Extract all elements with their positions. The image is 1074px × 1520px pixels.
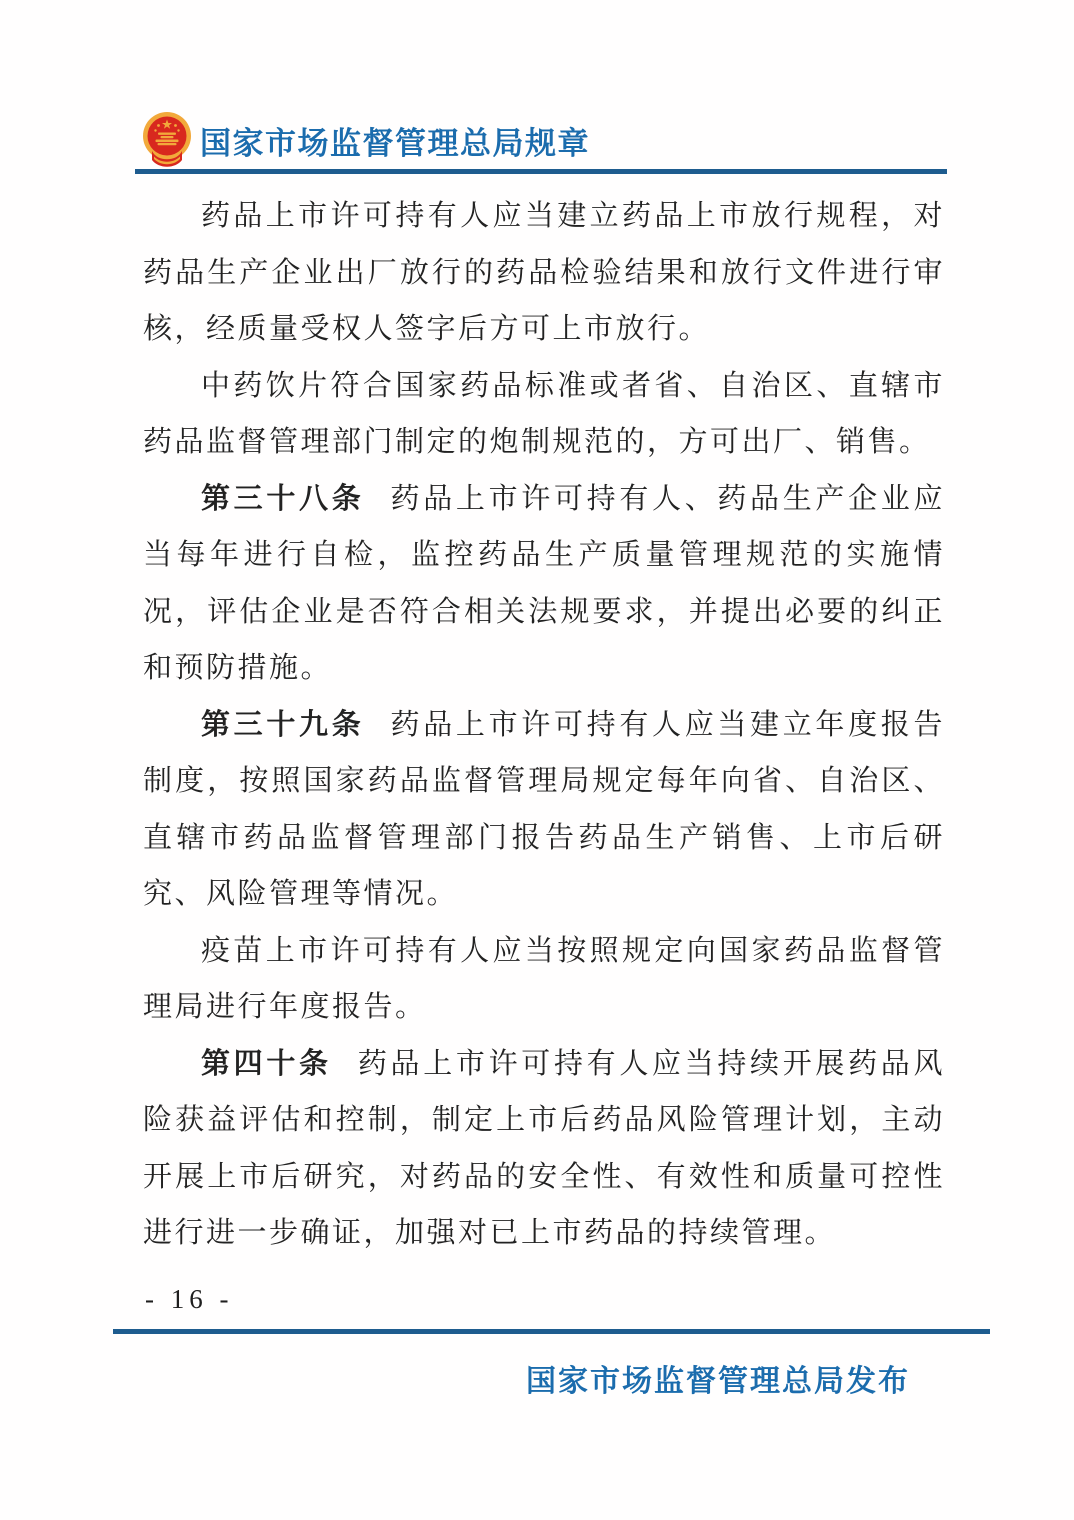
publisher-label: 国家市场监督管理总局发布 bbox=[526, 1356, 910, 1400]
body-paragraph: 疫苗上市许可持有人应当按照规定向国家药品监督管理局进行年度报告。 bbox=[143, 923, 945, 1036]
document-page: 国家市场监督管理总局规章 药品上市许可持有人应当建立药品上市放行规程，对药品生产… bbox=[0, 0, 1074, 1520]
article-number: 第四十条 bbox=[201, 1048, 332, 1080]
body-paragraph: 第三十九条药品上市许可持有人应当建立年度报告制度，按照国家药品监督管理局规定每年… bbox=[143, 697, 945, 923]
header-title: 国家市场监督管理总局规章 bbox=[200, 118, 590, 163]
body-paragraph: 第四十条药品上市许可持有人应当持续开展药品风险获益评估和控制，制定上市后药品风险… bbox=[143, 1036, 945, 1262]
article-number: 第三十八条 bbox=[201, 483, 364, 515]
body-paragraph: 中药饮片符合国家药品标准或者省、自治区、直辖市药品监督管理部门制定的炮制规范的，… bbox=[143, 358, 945, 471]
body-paragraph: 第三十八条药品上市许可持有人、药品生产企业应当每年进行自检，监控药品生产质量管理… bbox=[143, 471, 945, 697]
page-header: 国家市场监督管理总局规章 bbox=[141, 110, 590, 170]
national-emblem-icon bbox=[141, 110, 193, 170]
article-number: 第三十九条 bbox=[201, 709, 364, 741]
document-body: 药品上市许可持有人应当建立药品上市放行规程，对药品生产企业出厂放行的药品检验结果… bbox=[143, 188, 945, 1262]
body-paragraph: 药品上市许可持有人应当建立药品上市放行规程，对药品生产企业出厂放行的药品检验结果… bbox=[143, 188, 945, 358]
paragraph-text: 药品上市许可持有人应当建立药品上市放行规程，对药品生产企业出厂放行的药品检验结果… bbox=[143, 200, 945, 345]
page-number: - 16 - bbox=[145, 1284, 233, 1315]
footer-divider bbox=[113, 1329, 990, 1334]
paragraph-text: 中药饮片符合国家药品标准或者省、自治区、直辖市药品监督管理部门制定的炮制规范的，… bbox=[143, 370, 945, 459]
header-divider bbox=[135, 169, 947, 174]
paragraph-text: 疫苗上市许可持有人应当按照规定向国家药品监督管理局进行年度报告。 bbox=[143, 935, 945, 1024]
